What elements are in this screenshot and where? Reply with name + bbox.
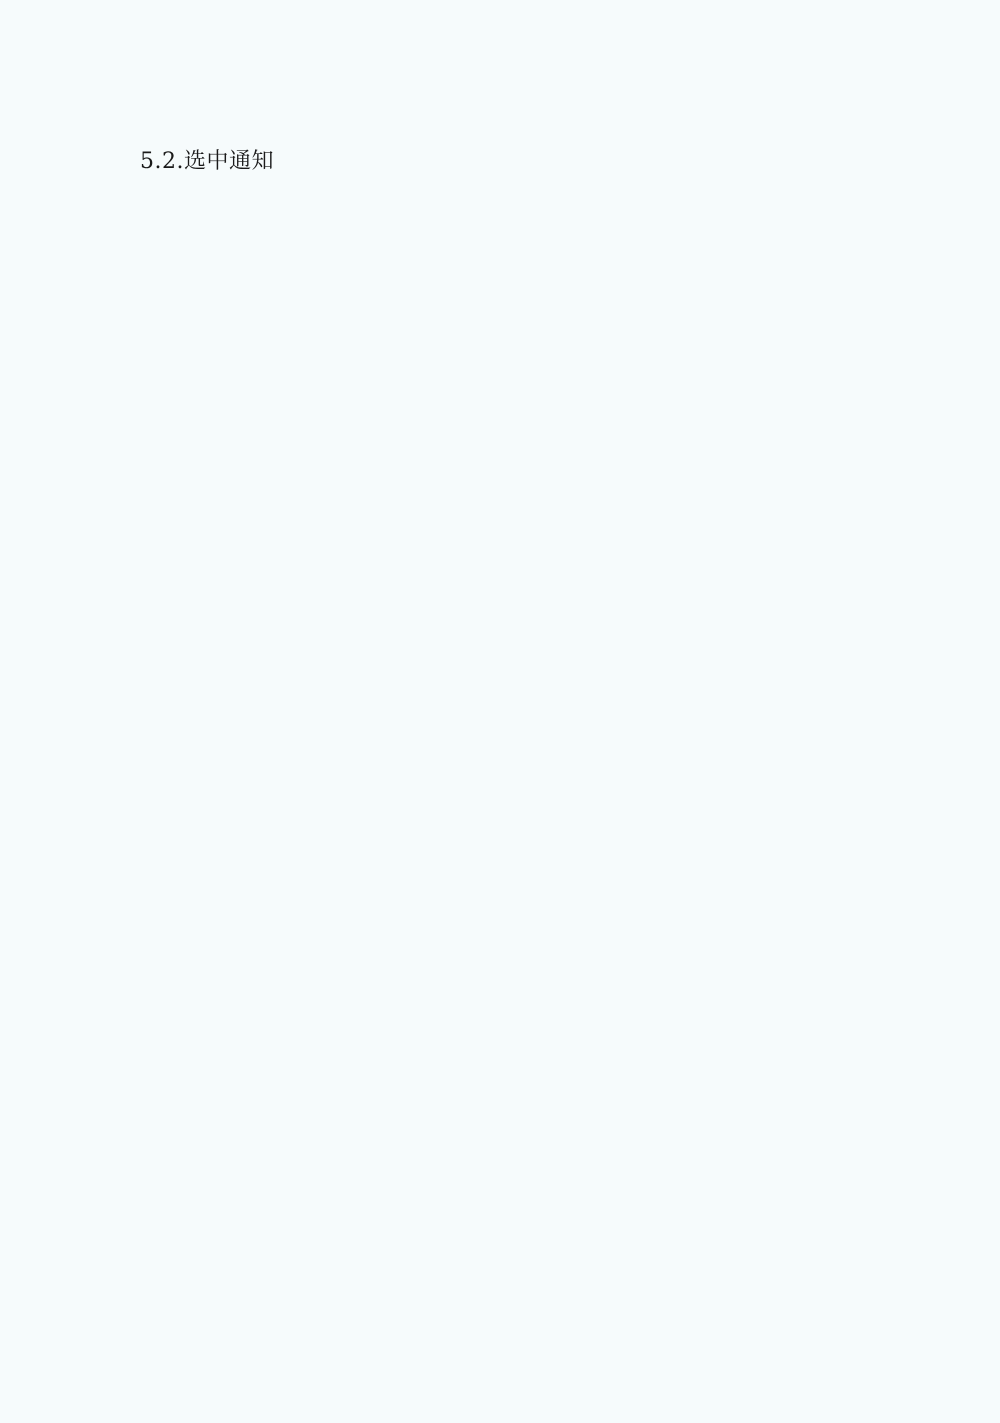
section-5-2-heading: 5.2.选中通知 [140, 147, 274, 177]
